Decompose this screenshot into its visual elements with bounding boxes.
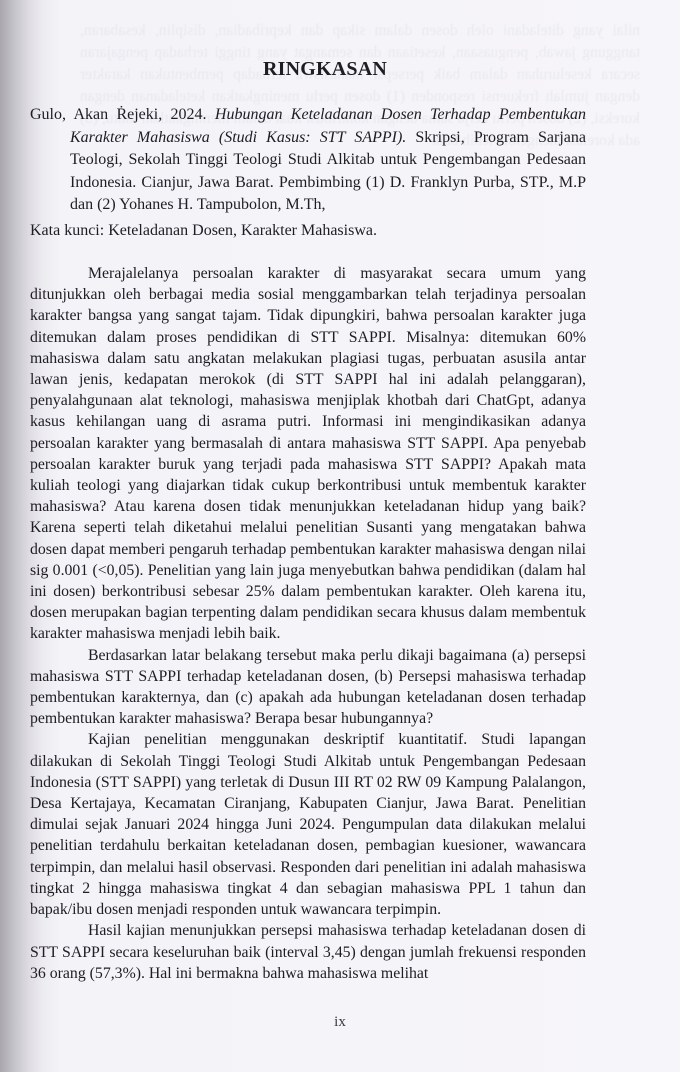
- paragraph-methodology: Kajian penelitian menggunakan deskriptif…: [30, 729, 586, 920]
- citation: Gulo, Akan Ṙejeki, 2024. Hubungan Ketela…: [30, 104, 586, 217]
- citation-author-year: Gulo, Akan Ṙejeki, 2024.: [30, 106, 207, 123]
- keywords: Kata kunci: Keteladanan Dosen, Karakter …: [30, 220, 377, 242]
- scanned-page: nilai yang diteladani oleh dosen dalam s…: [0, 0, 680, 1072]
- summary-body: Merajalelanya persoalan karakter di masy…: [30, 263, 586, 984]
- paragraph-results: Hasil kajian menunjukkan persepsi mahasi…: [30, 920, 586, 984]
- page-number: ix: [0, 1014, 680, 1031]
- page-title: RINGKASAN: [30, 58, 620, 81]
- paragraph-background: Merajalelanya persoalan karakter di masy…: [30, 263, 586, 645]
- paragraph-research-questions: Berdasarkan latar belakang tersebut maka…: [30, 645, 586, 730]
